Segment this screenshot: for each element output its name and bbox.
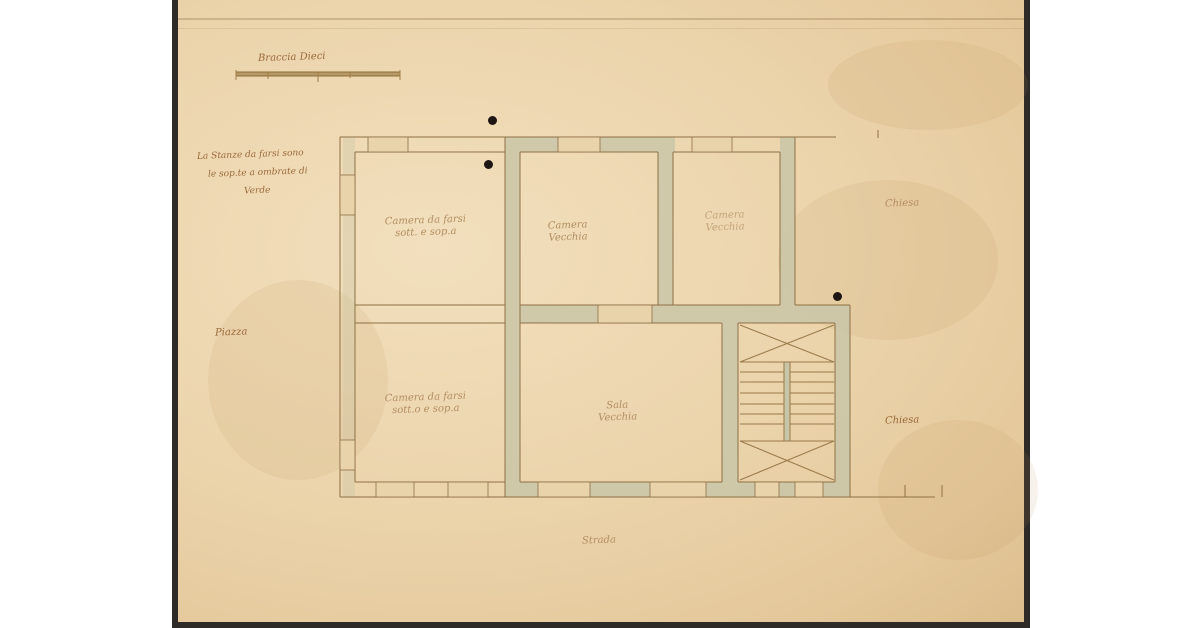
note-line-3: Verde — [244, 186, 271, 198]
ink-blot — [484, 160, 493, 169]
room-note: Vecchia — [705, 221, 745, 234]
label-chiesa-top: Chiesa — [885, 197, 920, 210]
room-note: Vecchia — [598, 411, 637, 424]
staircase — [740, 325, 834, 480]
floor-plan-drawing — [0, 0, 1200, 628]
room-label-bottom-left: Camera da farsi sott.o e sop.a — [385, 391, 467, 418]
ink-blot — [833, 292, 842, 301]
room-label-top-left: Camera da farsi sott. e sop.a — [385, 214, 467, 241]
wall-wash — [343, 137, 850, 497]
ink-blot — [488, 116, 497, 125]
scale-bar — [236, 70, 400, 82]
room-note: Vecchia — [548, 231, 588, 244]
label-piazza: Piazza — [215, 326, 248, 339]
room-label-bottom-middle: Sala Vecchia — [598, 399, 638, 424]
label-strada: Strada — [582, 534, 616, 547]
edge-marks — [878, 130, 942, 497]
room-label-top-right: Camera Vecchia — [705, 209, 746, 234]
label-chiesa-bottom: Chiesa — [885, 414, 920, 427]
scale-bar-label: Braccia Dieci — [258, 51, 326, 65]
room-label-top-middle: Camera Vecchia — [548, 219, 589, 244]
